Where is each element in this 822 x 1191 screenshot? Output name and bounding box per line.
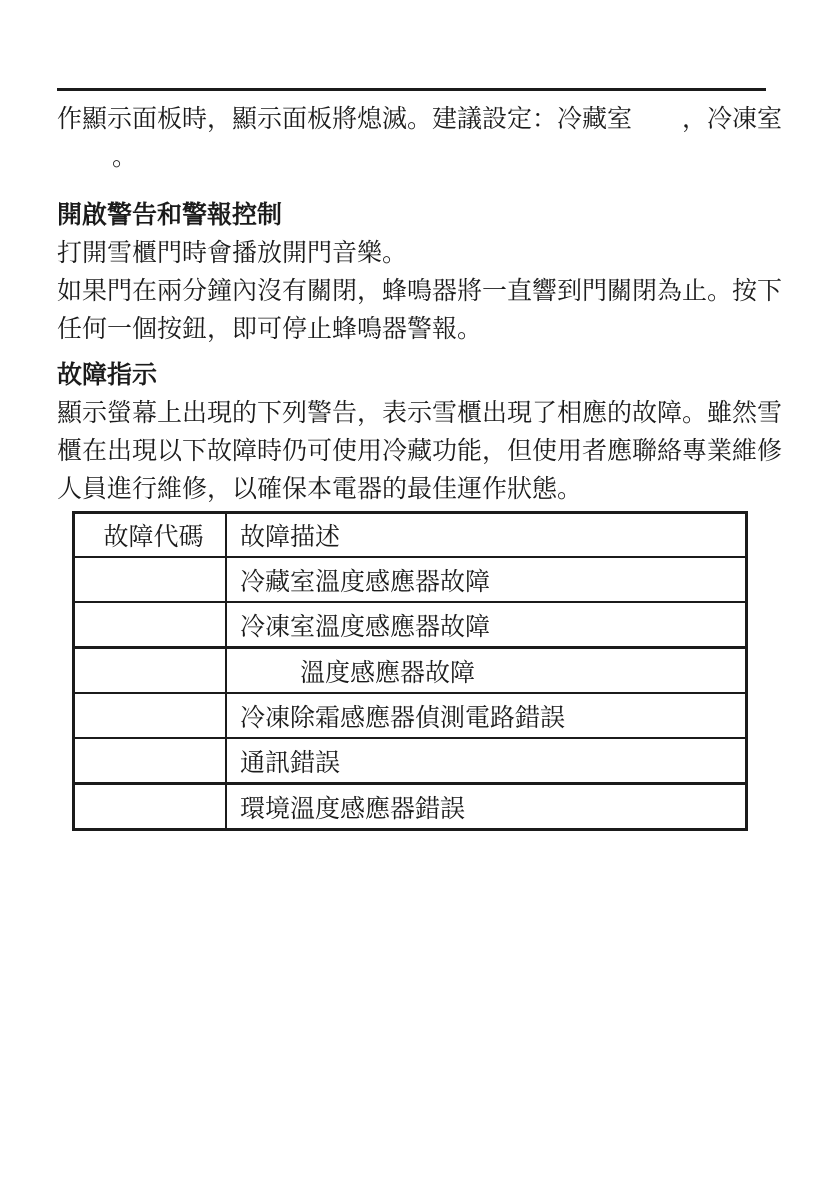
- fault-code-cell: [74, 784, 227, 830]
- section-heading-alarm-control: 開啟警告和警報控制: [57, 196, 282, 234]
- fault-description-cell: 冷凍除霜感應器偵測電路錯誤: [226, 693, 747, 738]
- table-row: 冷凍室溫度感應器故障: [74, 602, 747, 648]
- fault-code-cell: [74, 557, 227, 602]
- table-row: 環境溫度感應器錯誤: [74, 784, 747, 830]
- paragraph-line: 任何一個按鈕，即可停止蜂鳴器警報。: [57, 310, 777, 348]
- fault-code-cell: [74, 693, 227, 738]
- fault-code-cell: [74, 738, 227, 784]
- fault-description-cell: 冷藏室溫度感應器故障: [226, 557, 747, 602]
- paragraph-line: 作顯示面板時，顯示面板將熄滅。建議設定：冷藏室 ，冷凍室: [57, 100, 777, 138]
- table-row: 通訊錯誤: [74, 738, 747, 784]
- fault-code-cell: [74, 602, 227, 648]
- manual-page: 作顯示面板時，顯示面板將熄滅。建議設定：冷藏室 ，冷凍室 。 開啟警告和警報控制…: [0, 0, 822, 1191]
- fault-table: 故障代碼 故障描述 冷藏室溫度感應器故障 冷凍室溫度感應器故障 溫度感應器故障 …: [72, 511, 748, 831]
- intro-paragraph: 作顯示面板時，顯示面板將熄滅。建議設定：冷藏室 ，冷凍室 。: [57, 100, 777, 176]
- fault-description-header-cell: 故障描述: [226, 513, 747, 558]
- fault-code-cell: [74, 648, 227, 694]
- paragraph-line: 人員進行維修，以確保本電器的最佳運作狀態。: [57, 470, 777, 508]
- fault-description-cell: 通訊錯誤: [226, 738, 747, 784]
- paragraph-line: 。: [57, 138, 777, 176]
- fault-code-header-cell: 故障代碼: [74, 513, 227, 558]
- table-row: 冷藏室溫度感應器故障: [74, 557, 747, 602]
- paragraph-line: 櫃在出現以下故障時仍可使用冷藏功能，但使用者應聯絡專業維修: [57, 432, 777, 470]
- page-top-rule: [57, 88, 766, 91]
- section-heading-fault-indication: 故障指示: [57, 356, 157, 394]
- paragraph-line: 如果門在兩分鐘內沒有關閉，蜂鳴器將一直響到門關閉為止。按下: [57, 272, 777, 310]
- table-row: 冷凍除霜感應器偵測電路錯誤: [74, 693, 747, 738]
- fault-description-cell: 溫度感應器故障: [226, 648, 747, 694]
- table-row: 溫度感應器故障: [74, 648, 747, 694]
- paragraph-line: 顯示螢幕上出現的下列警告，表示雪櫃出現了相應的故障。雖然雪: [57, 394, 777, 432]
- paragraph-line: 打開雪櫃門時會播放開門音樂。: [57, 234, 777, 272]
- alarm-control-paragraph: 打開雪櫃門時會播放開門音樂。 如果門在兩分鐘內沒有關閉，蜂鳴器將一直響到門關閉為…: [57, 234, 777, 348]
- fault-description-cell: 環境溫度感應器錯誤: [226, 784, 747, 830]
- fault-description-cell: 冷凍室溫度感應器故障: [226, 602, 747, 648]
- fault-indication-paragraph: 顯示螢幕上出現的下列警告，表示雪櫃出現了相應的故障。雖然雪 櫃在出現以下故障時仍…: [57, 394, 777, 508]
- fault-table-header-row: 故障代碼 故障描述: [74, 513, 747, 558]
